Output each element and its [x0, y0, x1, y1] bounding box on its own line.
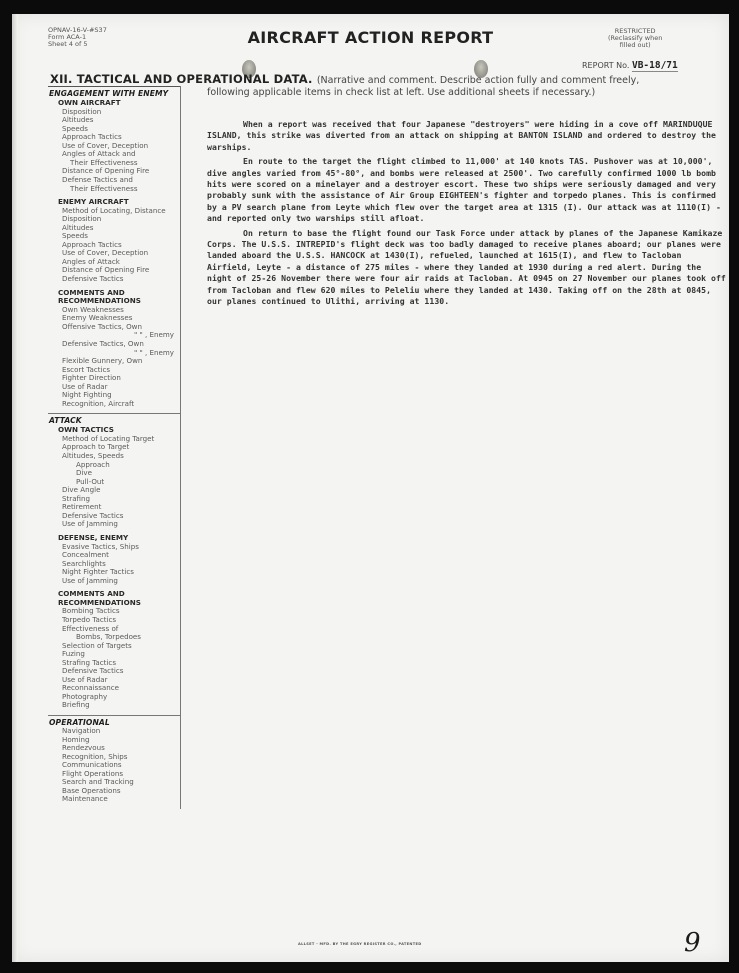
- checklist-item: Approach: [48, 461, 180, 470]
- classification-note: RESTRICTED (Reclassify when filled out): [608, 28, 662, 49]
- checklist-item: Defensive Tactics: [48, 275, 180, 284]
- checklist-group: OPERATIONALNavigationHomingRendezvousRec…: [48, 715, 180, 809]
- report-number: REPORT No. VB-18/71: [582, 60, 678, 71]
- narrative-paragraph: En route to the target the flight climbe…: [207, 156, 727, 224]
- section-instructions-continued: following applicable items in check list…: [207, 87, 595, 98]
- checklist-item: Their Effectiveness: [48, 185, 180, 194]
- checklist-item: Maintenance: [48, 795, 180, 804]
- checklist-item: Dive: [48, 469, 180, 478]
- checklist-group: ATTACKOWN TACTICSMethod of Locating Targ…: [48, 413, 180, 715]
- report-number-value: VB-18/71: [632, 60, 678, 72]
- checklist-group-title: ENGAGEMENT WITH ENEMY: [48, 89, 180, 98]
- checklist-sidebar: ENGAGEMENT WITH ENEMYOWN AIRCRAFTDisposi…: [48, 86, 181, 809]
- checklist-subsection-title: COMMENTS AND RECOMMENDATIONS: [48, 289, 180, 306]
- checklist-group: ENGAGEMENT WITH ENEMYOWN AIRCRAFTDisposi…: [48, 86, 180, 413]
- printer-imprint: ALLSET - MFD. BY THE EGRY REGISTER CO., …: [298, 942, 422, 946]
- narrative-paragraph: On return to base the flight found our T…: [207, 228, 727, 308]
- report-page: OPNAV-16-V-#S37 Form ACA-1 Sheet 4 of 5 …: [12, 14, 729, 962]
- checklist-item: Use of Jamming: [48, 520, 180, 529]
- page-number: 9: [684, 928, 701, 958]
- section-title: XII. TACTICAL AND OPERATIONAL DATA.: [50, 72, 313, 86]
- narrative-text: When a report was received that four Jap…: [207, 119, 727, 311]
- checklist-item: Altitudes, Speeds: [48, 452, 180, 461]
- checklist-item: Recognition, Aircraft: [48, 400, 180, 409]
- checklist-subsection-title: COMMENTS AND RECOMMENDATIONS: [48, 590, 180, 607]
- checklist-group-title: ATTACK: [48, 416, 180, 425]
- classification-line: filled out): [608, 42, 662, 49]
- checklist-item: Use of Jamming: [48, 577, 180, 586]
- report-number-label: REPORT No.: [582, 61, 629, 70]
- section-instructions: (Narrative and comment. Describe action …: [317, 75, 639, 86]
- narrative-paragraph: When a report was received that four Jap…: [207, 119, 727, 153]
- checklist-item: Briefing: [48, 701, 180, 710]
- section-heading: XII. TACTICAL AND OPERATIONAL DATA. (Nar…: [50, 72, 639, 86]
